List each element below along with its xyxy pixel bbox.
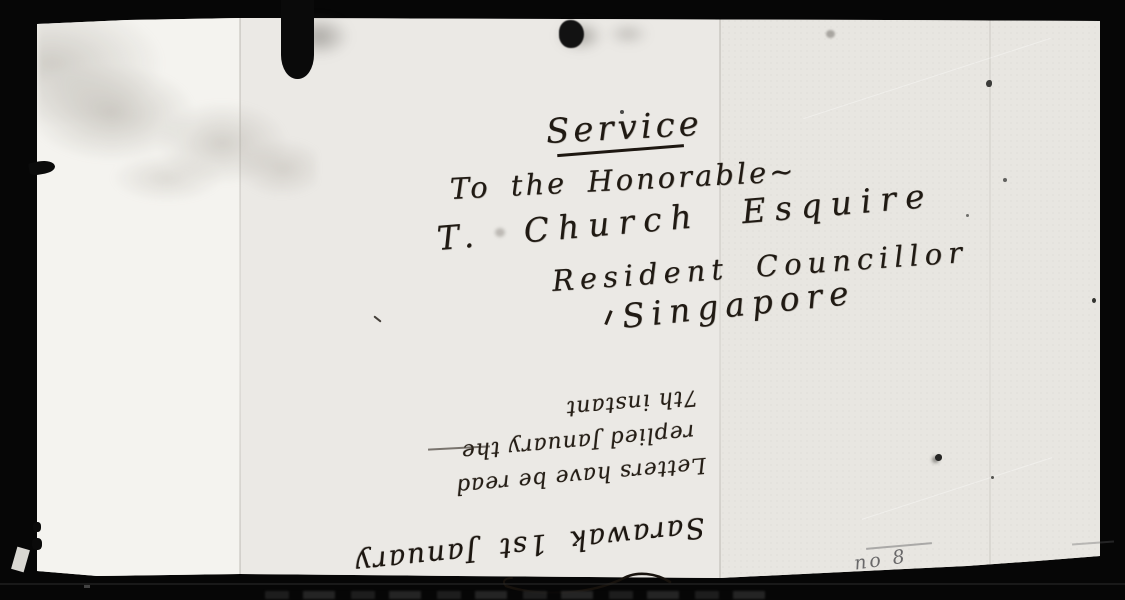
film-edge-speck [84,585,90,588]
paper-tab-fragment [11,547,30,573]
foxing-speck [966,214,969,217]
superscription-service: Service [545,104,704,152]
edge-notch [33,522,41,532]
foxing-speck [991,476,994,479]
letter-cover-page [37,18,1100,578]
film-edge-line [0,583,1125,585]
fold-crease [989,18,991,578]
ink-spot-halo [540,14,650,64]
film-edge-marks [265,591,765,599]
foxing-speck [986,80,992,87]
foxing-speck [1092,298,1096,303]
foxing-speck [1003,178,1007,182]
ink-spot-top-center [559,20,584,48]
foxing-speck [935,454,942,461]
microfilm-scan: Service To the Honorable~ T. Church Esqu… [0,0,1125,600]
ink-blob-top-left [281,0,314,79]
endorsement-note-rotated: Letters have be read replied January the… [446,377,709,503]
edge-notch [32,538,42,550]
foxing-speck [826,30,835,38]
